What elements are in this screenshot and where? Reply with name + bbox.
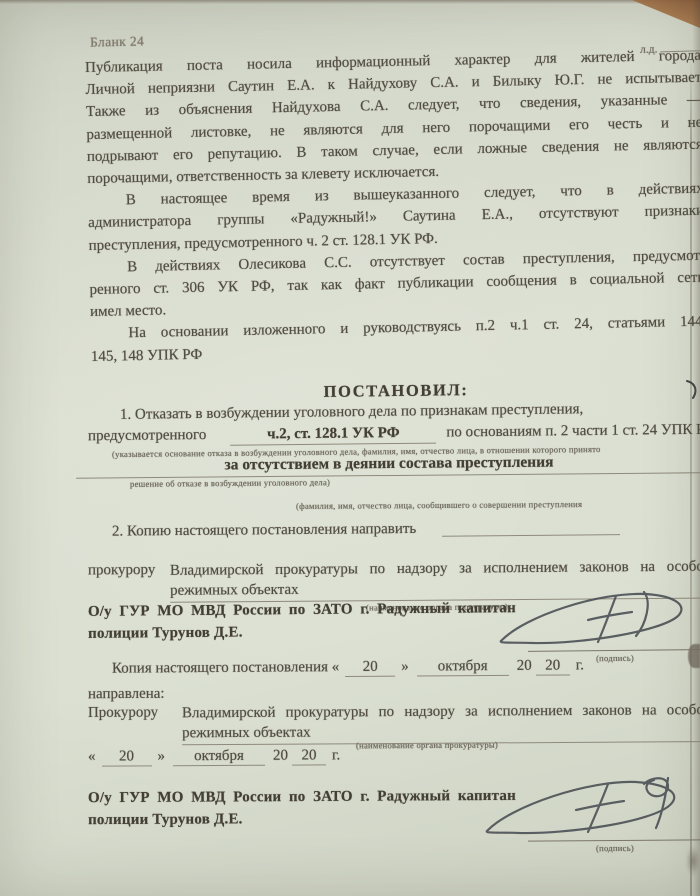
item1-post-label: по основаниям п. 2 части 1 ст. 24 УПК РФ… [446, 422, 700, 441]
document-page: Бланк 24 л.д. Публикация поста носила ин… [0, 0, 700, 896]
body-text: Публикация поста носила информационный х… [85, 45, 700, 368]
photo-smudge-artifact [686, 846, 700, 876]
officer-line: О/у ГУР МО МВД России по ЗАТО г. Радужны… [88, 786, 516, 810]
officer-title-block: О/у ГУР МО МВД России по ЗАТО г. Радужны… [88, 786, 516, 831]
org-line: Владимирской прокуратуры по надзору за и… [170, 558, 700, 582]
copy-prefix: Копия настоящего постановления « [112, 659, 339, 677]
article-blank-value: ч.2, ст. 128.1 УК РФ [230, 425, 436, 446]
officer-line: О/у ГУР МО МВД России по ЗАТО г. Радужны… [88, 598, 516, 623]
refusal-reason-filled: за отсутствием в деянии состава преступл… [76, 452, 700, 478]
form-caption: (наименование органа прокуратуры) [356, 740, 498, 751]
directed-label: направлена: [88, 686, 165, 703]
year-blank: 20 [292, 747, 326, 765]
resolution-item-1-line-1: 1. Отказать в возбуждении уголовного дел… [88, 401, 628, 425]
year-unit: г. [576, 657, 584, 673]
resolution-item-2-line: 2. Копию настоящего постановления направ… [112, 518, 700, 540]
form-number-label: Бланк 24 [90, 33, 144, 50]
day-blank: 20 [345, 659, 395, 677]
day-blank: 20 [101, 748, 151, 766]
recipient-label: Прокурору [88, 704, 182, 746]
signature-caption: (подпись) [560, 843, 670, 854]
quote-close: » [401, 659, 409, 675]
officer-line: полиции Турунов Д.Е. [88, 620, 516, 645]
officer-title-block: О/у ГУР МО МВД России по ЗАТО г. Радужны… [88, 598, 516, 645]
year-unit: г. [332, 747, 340, 763]
signature-icon [476, 770, 691, 842]
prosecutor-routing-block: Прокурору Владимирской прокуратуры по на… [88, 701, 700, 746]
year-blank: 20 [536, 657, 570, 675]
quote-open: « [88, 749, 96, 765]
year-prefix: 20 [517, 658, 532, 674]
item2-text: 2. Копию настоящего постановления направ… [112, 521, 416, 540]
item1-pre-label: предусмотренного [88, 427, 206, 444]
officer-line: полиции Турунов Д.Е. [88, 807, 516, 831]
quote-close: » [157, 748, 165, 764]
prosecutor-office-name: Владимирской прокуратуры по надзору за и… [182, 701, 700, 745]
form-caption: (фамилия, имя, отчество лица, сообщившег… [296, 499, 582, 511]
item2-blank-line [442, 520, 620, 537]
org-line: Владимирской прокуратуры по надзору за и… [182, 701, 700, 724]
month-blank: октября [417, 658, 509, 677]
recipient-label: прокурору [88, 562, 170, 604]
photo-top-edge [0, 0, 700, 4]
signature-icon [492, 584, 692, 652]
form-caption: решение об отказе в возбуждении уголовно… [130, 477, 330, 489]
table-corner-background [608, 0, 700, 28]
sent-date-line: «20»октября2020г. [88, 747, 340, 766]
month-blank: октября [173, 748, 265, 766]
year-prefix: 20 [273, 748, 288, 764]
copy-date-line: Копия настоящего постановления «20»октяб… [112, 657, 584, 678]
